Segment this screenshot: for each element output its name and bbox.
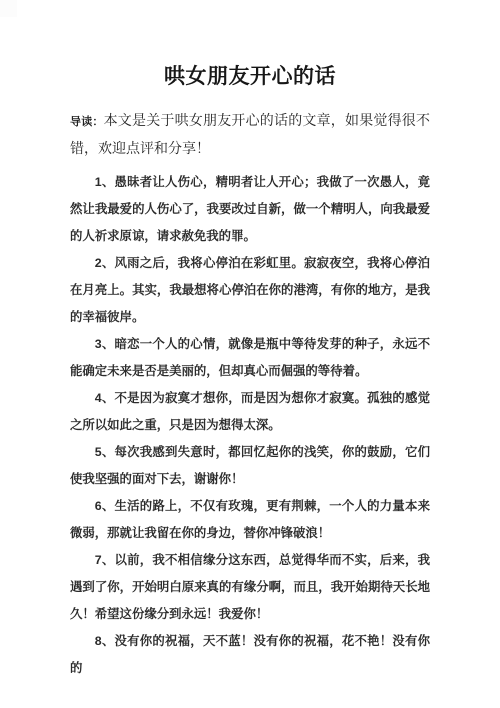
- paragraph-3: 3、暗恋一个人的心情，就像是瓶中等待发芽的种子，永远不能确定未来是否是美丽的，但…: [70, 331, 430, 385]
- paragraph-8: 8、没有你的祝福，天不蓝！没有你的祝福，花不艳！没有你的: [70, 628, 430, 682]
- corner-artifact: [0, 0, 17, 17]
- document-page: 哄女朋友开心的话 导读：本文是关于哄女朋友开心的话的文章，如果觉得很不错，欢迎点…: [0, 0, 500, 708]
- intro-text: 本文是关于哄女朋友开心的话的文章，如果觉得很不错，欢迎点评和分享！: [70, 114, 430, 157]
- page-title: 哄女朋友开心的话: [70, 63, 430, 91]
- paragraph-5: 5、每次我感到失意时，都回忆起你的浅笑，你的鼓励，它们使我坚强的面对下去，谢谢你…: [70, 439, 430, 493]
- body-text: 1、愚昧者让人伤心，精明者让人开心；我做了一次愚人，竟然让我最爱的人伤心了，我要…: [70, 169, 430, 682]
- paragraph-6: 6、生活的路上，不仅有玫瑰，更有荆棘，一个人的力量本来微弱，那就让我留在你的身边…: [70, 493, 430, 547]
- intro-paragraph: 导读：本文是关于哄女朋友开心的话的文章，如果觉得很不错，欢迎点评和分享！: [70, 108, 430, 163]
- intro-label: 导读：: [70, 116, 104, 128]
- paragraph-7: 7、以前，我不相信缘分这东西，总觉得华而不实，后来，我遇到了你，开始明白原来真的…: [70, 547, 430, 628]
- paragraph-1: 1、愚昧者让人伤心，精明者让人开心；我做了一次愚人，竟然让我最爱的人伤心了，我要…: [70, 169, 430, 250]
- paragraph-4: 4、不是因为寂寞才想你，而是因为想你才寂寞。孤独的感觉之所以如此之重，只是因为想…: [70, 385, 430, 439]
- paragraph-2: 2、风雨之后，我将心停泊在彩虹里。寂寂夜空，我将心停泊在月亮上。其实，我最想将心…: [70, 250, 430, 331]
